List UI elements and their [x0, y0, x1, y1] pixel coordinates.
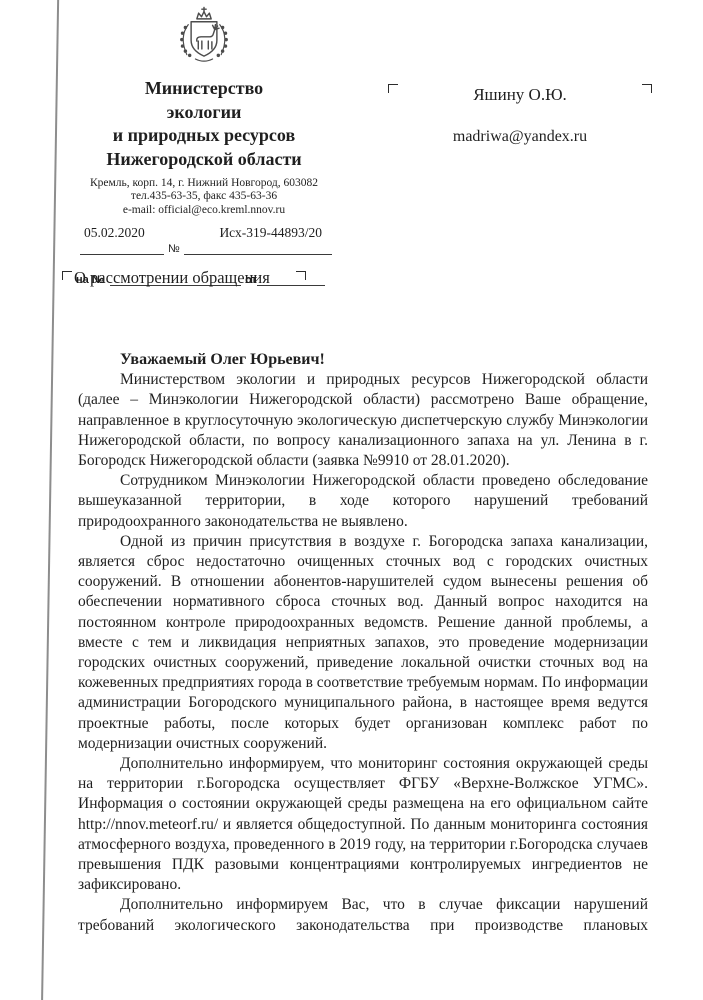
coat-of-arms-icon	[161, 6, 247, 74]
date-number-lines: №	[76, 242, 332, 255]
date-number-row: 05.02.2020 Исх-319-44893/20	[76, 225, 332, 241]
letterhead: Министерство экологии и природных ресурс…	[76, 6, 332, 286]
outgoing-number: Исх-319-44893/20	[219, 225, 322, 241]
letter-date: 05.02.2020	[84, 225, 145, 241]
ministry-name: Министерство экологии и природных ресурс…	[76, 77, 332, 171]
paragraph: Министерством экологии и природных ресур…	[78, 370, 648, 471]
corner-mark-left-icon	[388, 84, 398, 93]
scan-edge-line	[41, 0, 59, 1000]
ministry-name-line: Нижегородской области	[76, 148, 332, 172]
number-blank-line	[184, 253, 332, 255]
postal-address: Кремль, корп. 14, г. Нижний Новгород, 60…	[76, 177, 332, 190]
letter-body: Уважаемый Олег Юрьевич! Министерством эк…	[78, 350, 648, 936]
paragraph: Сотрудником Минэкологии Нижегородской об…	[78, 471, 648, 532]
phone-fax: тел.435-63-35, факс 435-63-36	[76, 190, 332, 203]
ministry-name-line: и природных ресурсов	[76, 124, 332, 148]
number-sign-label: №	[164, 244, 184, 255]
letter-page: Министерство экологии и природных ресурс…	[0, 0, 703, 1000]
contact-block: Кремль, корп. 14, г. Нижний Новгород, 60…	[76, 177, 332, 217]
email-address: e-mail: official@eco.kreml.nnov.ru	[76, 204, 332, 217]
salutation: Уважаемый Олег Юрьевич!	[78, 350, 648, 370]
corner-mark-left-icon	[62, 271, 72, 280]
addressee-email: madriwa@yandex.ru	[388, 128, 652, 146]
subject-block: О рассмотрении обращения	[62, 268, 306, 288]
corner-mark-right-icon	[642, 84, 652, 93]
paragraph: Дополнительно информируем, что мониторин…	[78, 754, 648, 895]
paragraph: Дополнительно информируем Вас, что в слу…	[78, 895, 648, 935]
addressee-name: Яшину О.Ю.	[388, 84, 652, 105]
paragraph: Одной из причин присутствия в воздухе г.…	[78, 532, 648, 754]
ministry-name-line: Министерство	[76, 77, 332, 101]
ministry-name-line: экологии	[76, 101, 332, 125]
corner-mark-right-icon	[296, 271, 306, 280]
addressee-block: Яшину О.Ю. madriwa@yandex.ru	[388, 84, 652, 146]
subject-text: О рассмотрении обращения	[74, 268, 270, 288]
date-blank-line	[80, 253, 164, 255]
